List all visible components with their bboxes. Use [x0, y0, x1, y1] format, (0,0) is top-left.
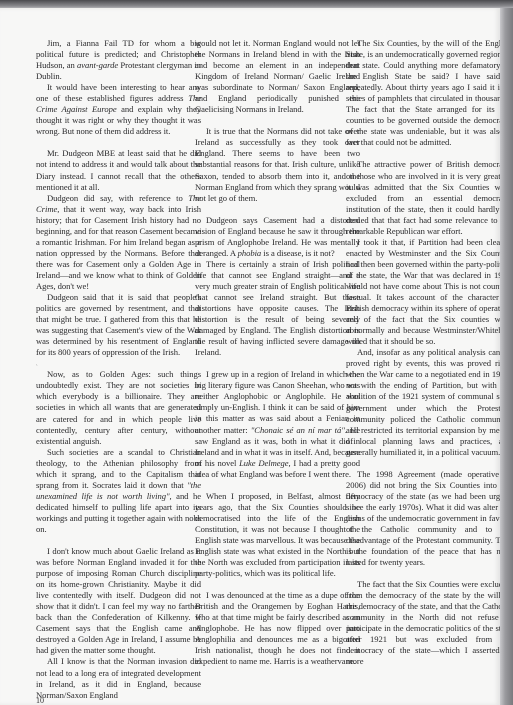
text-run: Mr. Dudgeon MBE at least said that he di…: [36, 148, 201, 191]
italic-text: "Chonaic sé an ní mar tá": [251, 425, 345, 435]
document-page: Jim, a Fianna Fail TD for whom a big pol…: [0, 8, 500, 705]
text-run: I took it that, if Partition had been cl…: [346, 237, 511, 346]
section-mark: ˛: [195, 480, 360, 491]
paragraph: The 1998 Agreement (made operative in 20…: [346, 469, 511, 568]
page-number: 10: [36, 696, 44, 705]
paragraph: It is true that the Normans did not take…: [195, 126, 360, 203]
text-run: It is true that the Normans did not take…: [195, 126, 360, 202]
paragraph: Such societies are a scandal to Christia…: [36, 447, 201, 535]
text-run: When I proposed, in Belfast, almost fift…: [195, 491, 360, 578]
text-run: Dudgeon did say, with reference to: [47, 193, 188, 203]
text-run: It would have been interesting to hear a…: [36, 82, 201, 103]
paragraph: When I proposed, in Belfast, almost fift…: [195, 491, 360, 579]
paragraph: Jim, a Fianna Fail TD for whom a big pol…: [36, 38, 201, 82]
text-column-left: Jim, a Fianna Fail TD for whom a big pol…: [36, 38, 201, 701]
section-mark: ˛: [36, 358, 201, 369]
paragraph: Dudgeon did say, with reference to The C…: [36, 193, 201, 292]
paragraph: It would have been interesting to hear a…: [36, 82, 201, 137]
paragraph: I grew up in a region of Ireland in whic…: [195, 369, 360, 479]
text-run: The attractive power of British democrac…: [346, 159, 511, 235]
text-run: And, insofar as any political analysis c…: [346, 347, 511, 456]
italic-text: phobia: [238, 248, 262, 258]
text-run: There is certainly a strain of Irish pol…: [195, 259, 360, 357]
paragraph: And, insofar as any political analysis c…: [346, 347, 511, 457]
paragraph: I don't know much about Gaelic Ireland a…: [36, 546, 201, 656]
paragraph: I was denounced at the time as a dupe of…: [195, 590, 360, 667]
paragraph: I took it that, if Partition had been cl…: [346, 237, 511, 347]
text-run: I don't know much about Gaelic Ireland a…: [36, 546, 201, 655]
paragraph: The fact that the Six Counties were excl…: [346, 579, 511, 667]
paragraph: The attractive power of British democrac…: [346, 159, 511, 236]
text-run: Now, as to Golden Ages: such things undo…: [36, 369, 201, 445]
paragraph: All I know is that the Norman invasion d…: [36, 656, 201, 700]
italic-text: Luke Delmege: [239, 458, 288, 468]
text-run: I was denounced at the time as a dupe of…: [195, 590, 360, 666]
text-run: The 1998 Agreement (made operative in 20…: [346, 469, 511, 567]
text-run: would not let it. Norman England would n…: [195, 38, 360, 114]
text-run: Dudgeon said that it is said that people…: [36, 292, 201, 357]
paragraph: Dudgeon says Casement had a distorted vi…: [195, 215, 360, 259]
text-run: The Six Counties, by the will of the Eng…: [346, 38, 511, 147]
paragraph: Dudgeon said that it is said that people…: [36, 292, 201, 358]
text-column-middle: would not let it. Norman England would n…: [195, 38, 360, 667]
text-run: Such societies are a scandal to Christia…: [36, 447, 201, 490]
text-run: is a disease, is it not?: [261, 248, 334, 258]
page-binding-edge: [500, 8, 513, 705]
paragraph: Mr. Dudgeon MBE at least said that he di…: [36, 148, 201, 192]
text-column-right: The Six Counties, by the will of the Eng…: [346, 38, 511, 668]
paragraph: There is certainly a strain of Irish pol…: [195, 259, 360, 358]
text-run: All I know is that the Norman invasion d…: [36, 656, 201, 699]
paragraph: would not let it. Norman England would n…: [195, 38, 360, 115]
paragraph: Now, as to Golden Ages: such things undo…: [36, 369, 201, 446]
italic-text: avant-garde: [77, 60, 118, 70]
paragraph: The Six Counties, by the will of the Eng…: [346, 38, 511, 148]
text-run: , that it went way, way back into Irish …: [36, 204, 201, 291]
text-run: The fact that the Six Counties were excl…: [346, 579, 511, 666]
